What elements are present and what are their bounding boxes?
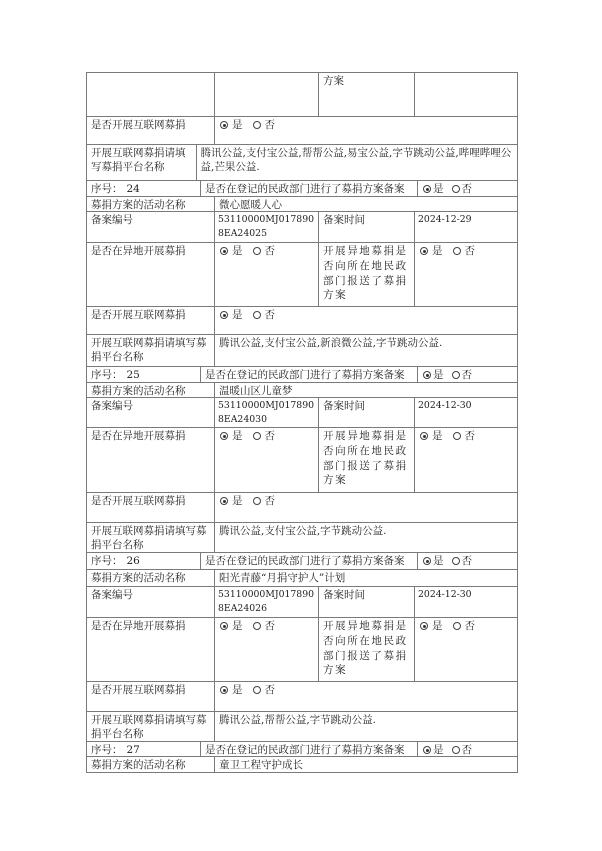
table-row-platform: 开展互联网募捐请填写募捐平台名称腾讯公益,帮帮公益,字节跳动公益. xyxy=(87,712,518,742)
radio-yes-icon[interactable] xyxy=(220,622,228,630)
activity-question-cell: 募捐方案的活动名称 xyxy=(87,570,215,587)
offsite-report-question-cell: 开展异地募捐是否向所在地民政部门报送了募捐方案 xyxy=(319,243,415,307)
radio-yes-label: 是 xyxy=(432,429,443,443)
filing-status-radio-cell: 是否 xyxy=(418,742,518,757)
record-date-label-cell: 备案时间 xyxy=(319,587,415,618)
table-row-internet: 是否开展互联网募捐是否 xyxy=(87,493,518,523)
platform-question-cell: 开展互联网募捐请填写募捐平台名称 xyxy=(87,145,197,181)
platform-question-cell: 开展互联网募捐请填写募捐平台名称 xyxy=(87,523,215,553)
radio-yes-label: 是 xyxy=(432,619,443,633)
radio-yes-label: 是 xyxy=(432,244,443,258)
offsite-fundraising-radio[interactable]: 是否 xyxy=(219,244,275,258)
radio-yes-icon[interactable] xyxy=(220,311,228,319)
filing-question-cell: 是否在登记的民政部门进行了募捐方案备案 xyxy=(201,367,418,383)
internet-fundraising-radio[interactable]: 是否 xyxy=(219,118,275,132)
table-row-activity: 募捐方案的活动名称童卫工程守护成长 xyxy=(87,757,518,773)
filing-question-cell: 是否在登记的民政部门进行了募捐方案备案 xyxy=(201,181,418,197)
activity-question-cell: 募捐方案的活动名称 xyxy=(87,383,215,398)
radio-no-icon[interactable] xyxy=(452,371,460,379)
table-row-activity: 募捐方案的活动名称温暖山区儿童梦 xyxy=(87,383,518,398)
internet-fundraising-radio[interactable]: 是否 xyxy=(219,683,275,697)
offsite-fundraising-radio[interactable]: 是否 xyxy=(219,619,275,633)
radio-no-label: 否 xyxy=(462,182,473,196)
radio-no-icon[interactable] xyxy=(452,746,460,754)
offsite-fundraising-radio-cell: 是否 xyxy=(215,618,319,682)
serial-value: 25 xyxy=(127,369,140,381)
internet-question-cell: 是否开展互联网募捐 xyxy=(87,307,215,335)
record-date-value-cell: 2024-12-29 xyxy=(415,212,518,243)
serial-cell: 序号：24 xyxy=(87,181,201,197)
radio-yes-label: 是 xyxy=(232,494,243,508)
radio-no-icon[interactable] xyxy=(453,622,461,630)
internet-question-cell: 是否开展互联网募捐 xyxy=(87,682,215,712)
radio-yes-icon[interactable] xyxy=(220,432,228,440)
table-row-platform: 开展互联网募捐请填写募捐平台名称腾讯公益,支付宝公益,新浪微公益,字节跳动公益. xyxy=(87,335,518,367)
radio-no-label: 否 xyxy=(265,494,276,508)
radio-no-label: 否 xyxy=(465,619,476,633)
offsite-report-radio[interactable]: 是否 xyxy=(419,429,475,443)
offsite-report-radio-cell: 是否 xyxy=(415,618,518,682)
table-row-offsite: 是否在异地开展募捐是否开展异地募捐是否向所在地民政部门报送了募捐方案是否 xyxy=(87,428,518,493)
offsite-report-question-cell: 开展异地募捐是否向所在地民政部门报送了募捐方案 xyxy=(319,618,415,682)
internet-question-cell: 是否开展互联网募捐 xyxy=(87,117,215,145)
activity-name-cell: 温暖山区儿童梦 xyxy=(215,383,518,398)
radio-no-label: 否 xyxy=(265,683,276,697)
serial-label: 序号： xyxy=(91,744,123,756)
platform-question-cell: 开展互联网募捐请填写募捐平台名称 xyxy=(87,712,215,742)
filing-status-radio-cell: 是否 xyxy=(418,367,518,383)
table-row-record: 备案编号53110000MJ017890 8EA24025备案时间2024-12… xyxy=(87,212,518,243)
fundraising-filing-table: 方案是否开展互联网募捐是否开展互联网募捐请填写募捐平台名称腾讯公益,支付宝公益,… xyxy=(86,72,518,773)
activity-question-cell: 募捐方案的活动名称 xyxy=(87,197,215,212)
radio-no-label: 否 xyxy=(465,244,476,258)
radio-no-icon[interactable] xyxy=(453,432,461,440)
filing-status-radio[interactable]: 是否 xyxy=(422,182,472,196)
internet-fundraising-radio[interactable]: 是否 xyxy=(219,308,275,322)
serial-cell: 序号：27 xyxy=(87,742,201,757)
table-row-platform: 开展互联网募捐请填写募捐平台名称腾讯公益,支付宝公益,字节跳动公益. xyxy=(87,523,518,553)
radio-no-label: 否 xyxy=(265,308,276,322)
filing-status-radio[interactable]: 是否 xyxy=(422,743,472,757)
radio-no-label: 否 xyxy=(265,619,276,633)
radio-yes-label: 是 xyxy=(232,619,243,633)
serial-label: 序号： xyxy=(91,183,123,195)
radio-yes-label: 是 xyxy=(433,368,444,382)
offsite-report-radio[interactable]: 是否 xyxy=(419,619,475,633)
radio-yes-icon[interactable] xyxy=(220,247,228,255)
activity-name-cell: 阳光青藤“月捐守护人”计划 xyxy=(215,570,518,587)
platform-names-cell: 腾讯公益,支付宝公益,新浪微公益,字节跳动公益. xyxy=(215,335,518,367)
radio-yes-icon[interactable] xyxy=(423,185,431,193)
table-row-cont: 方案 xyxy=(87,73,518,117)
radio-no-label: 否 xyxy=(265,118,276,132)
radio-no-icon[interactable] xyxy=(253,311,261,319)
table-row-internet: 是否开展互联网募捐是否 xyxy=(87,682,518,712)
record-date-label-cell: 备案时间 xyxy=(319,398,415,428)
empty-cell xyxy=(87,73,215,117)
offsite-report-radio-cell: 是否 xyxy=(415,243,518,307)
empty-cell xyxy=(215,73,319,117)
radio-yes-icon[interactable] xyxy=(423,746,431,754)
radio-no-label: 否 xyxy=(462,554,473,568)
radio-yes-icon[interactable] xyxy=(423,371,431,379)
record-no-value-cell: 53110000MJ017890 8EA24025 xyxy=(215,212,319,243)
table-row-internet: 是否开展互联网募捐是否 xyxy=(87,307,518,335)
radio-no-icon[interactable] xyxy=(253,432,261,440)
offsite-fundraising-radio-cell: 是否 xyxy=(215,428,319,493)
table-row-activity: 募捐方案的活动名称阳光青藤“月捐守护人”计划 xyxy=(87,570,518,587)
platform-question-cell: 开展互联网募捐请填写募捐平台名称 xyxy=(87,335,215,367)
radio-no-icon[interactable] xyxy=(253,497,261,505)
record-date-label-cell: 备案时间 xyxy=(319,212,415,243)
platform-names-cell: 腾讯公益,支付宝公益,帮帮公益,易宝公益,字节跳动公益,哔哩哔哩公益,芒果公益. xyxy=(197,145,518,181)
activity-name-cell: 童卫工程守护成长 xyxy=(215,757,518,773)
filing-status-radio[interactable]: 是否 xyxy=(422,554,472,568)
table-row-record: 备案编号53110000MJ017890 8EA24026备案时间2024-12… xyxy=(87,587,518,618)
radio-no-icon[interactable] xyxy=(453,247,461,255)
offsite-fundraising-radio-cell: 是否 xyxy=(215,243,319,307)
offsite-report-radio-cell: 是否 xyxy=(415,428,518,493)
radio-yes-label: 是 xyxy=(232,118,243,132)
offsite-fundraising-radio[interactable]: 是否 xyxy=(219,429,275,443)
serial-cell: 序号：25 xyxy=(87,367,201,383)
internet-fundraising-radio[interactable]: 是否 xyxy=(219,494,275,508)
internet-question-cell: 是否开展互联网募捐 xyxy=(87,493,215,523)
radio-yes-label: 是 xyxy=(433,554,444,568)
radio-no-icon[interactable] xyxy=(452,185,460,193)
filing-question-cell: 是否在登记的民政部门进行了募捐方案备案 xyxy=(201,553,418,570)
table-row-offsite: 是否在异地开展募捐是否开展异地募捐是否向所在地民政部门报送了募捐方案是否 xyxy=(87,243,518,307)
record-date-value-cell: 2024-12-30 xyxy=(415,398,518,428)
internet-fundraising-radio-cell: 是否 xyxy=(215,682,518,712)
serial-value: 27 xyxy=(127,744,140,756)
activity-question-cell: 募捐方案的活动名称 xyxy=(87,757,215,773)
radio-yes-icon[interactable] xyxy=(220,686,228,694)
serial-label: 序号： xyxy=(91,369,123,381)
serial-cell: 序号：26 xyxy=(87,553,201,570)
radio-yes-icon[interactable] xyxy=(420,247,428,255)
radio-no-label: 否 xyxy=(462,743,473,757)
filing-status-radio-cell: 是否 xyxy=(418,181,518,197)
radio-no-label: 否 xyxy=(465,429,476,443)
radio-yes-label: 是 xyxy=(433,743,444,757)
radio-no-icon[interactable] xyxy=(253,622,261,630)
record-no-value-cell: 53110000MJ017890 8EA24026 xyxy=(215,587,319,618)
filing-question-cell: 是否在登记的民政部门进行了募捐方案备案 xyxy=(201,742,418,757)
offsite-question-cell: 是否在异地开展募捐 xyxy=(87,618,215,682)
internet-fundraising-radio-cell: 是否 xyxy=(215,493,518,523)
table-row-serial: 序号：27是否在登记的民政部门进行了募捐方案备案是否 xyxy=(87,742,518,757)
offsite-question-cell: 是否在异地开展募捐 xyxy=(87,243,215,307)
radio-yes-icon[interactable] xyxy=(423,557,431,565)
empty-cell xyxy=(415,73,518,117)
radio-no-icon[interactable] xyxy=(452,557,460,565)
record-no-label-cell: 备案编号 xyxy=(87,587,215,618)
table-row-offsite: 是否在异地开展募捐是否开展异地募捐是否向所在地民政部门报送了募捐方案是否 xyxy=(87,618,518,682)
radio-no-icon[interactable] xyxy=(253,686,261,694)
offsite-report-radio[interactable]: 是否 xyxy=(419,244,475,258)
table-row-serial: 序号：25是否在登记的民政部门进行了募捐方案备案是否 xyxy=(87,367,518,383)
table-row-serial: 序号：26是否在登记的民政部门进行了募捐方案备案是否 xyxy=(87,553,518,570)
radio-yes-label: 是 xyxy=(232,244,243,258)
radio-no-label: 否 xyxy=(462,368,473,382)
table-row-serial: 序号：24是否在登记的民政部门进行了募捐方案备案是否 xyxy=(87,181,518,197)
serial-value: 24 xyxy=(127,183,140,195)
radio-yes-icon[interactable] xyxy=(220,497,228,505)
plan-continuation-cell: 方案 xyxy=(319,73,415,117)
document-page: 方案是否开展互联网募捐是否开展互联网募捐请填写募捐平台名称腾讯公益,支付宝公益,… xyxy=(0,0,602,851)
radio-no-label: 否 xyxy=(265,244,276,258)
radio-yes-label: 是 xyxy=(232,308,243,322)
radio-yes-label: 是 xyxy=(232,429,243,443)
radio-yes-label: 是 xyxy=(232,683,243,697)
internet-fundraising-radio-cell: 是否 xyxy=(215,117,518,145)
radio-yes-icon[interactable] xyxy=(420,432,428,440)
radio-no-icon[interactable] xyxy=(253,121,261,129)
radio-yes-label: 是 xyxy=(433,182,444,196)
table-row-internet: 是否开展互联网募捐是否 xyxy=(87,117,518,145)
serial-value: 26 xyxy=(127,555,140,567)
radio-no-label: 否 xyxy=(265,429,276,443)
table-row-record: 备案编号53110000MJ017890 8EA24030备案时间2024-12… xyxy=(87,398,518,428)
offsite-report-question-cell: 开展异地募捐是否向所在地民政部门报送了募捐方案 xyxy=(319,428,415,493)
record-no-label-cell: 备案编号 xyxy=(87,398,215,428)
platform-names-cell: 腾讯公益,支付宝公益,字节跳动公益. xyxy=(215,523,518,553)
record-date-value-cell: 2024-12-30 xyxy=(415,587,518,618)
filing-status-radio[interactable]: 是否 xyxy=(422,368,472,382)
radio-yes-icon[interactable] xyxy=(220,121,228,129)
internet-fundraising-radio-cell: 是否 xyxy=(215,307,518,335)
table-row-platform: 开展互联网募捐请填写募捐平台名称腾讯公益,支付宝公益,帮帮公益,易宝公益,字节跳… xyxy=(87,145,518,181)
serial-label: 序号： xyxy=(91,555,123,567)
record-no-value-cell: 53110000MJ017890 8EA24030 xyxy=(215,398,319,428)
activity-name-cell: 微心愿暖人心 xyxy=(215,197,518,212)
offsite-question-cell: 是否在异地开展募捐 xyxy=(87,428,215,493)
radio-no-icon[interactable] xyxy=(253,247,261,255)
record-no-label-cell: 备案编号 xyxy=(87,212,215,243)
radio-yes-icon[interactable] xyxy=(420,622,428,630)
filing-status-radio-cell: 是否 xyxy=(418,553,518,570)
table-row-activity: 募捐方案的活动名称微心愿暖人心 xyxy=(87,197,518,212)
platform-names-cell: 腾讯公益,帮帮公益,字节跳动公益. xyxy=(215,712,518,742)
